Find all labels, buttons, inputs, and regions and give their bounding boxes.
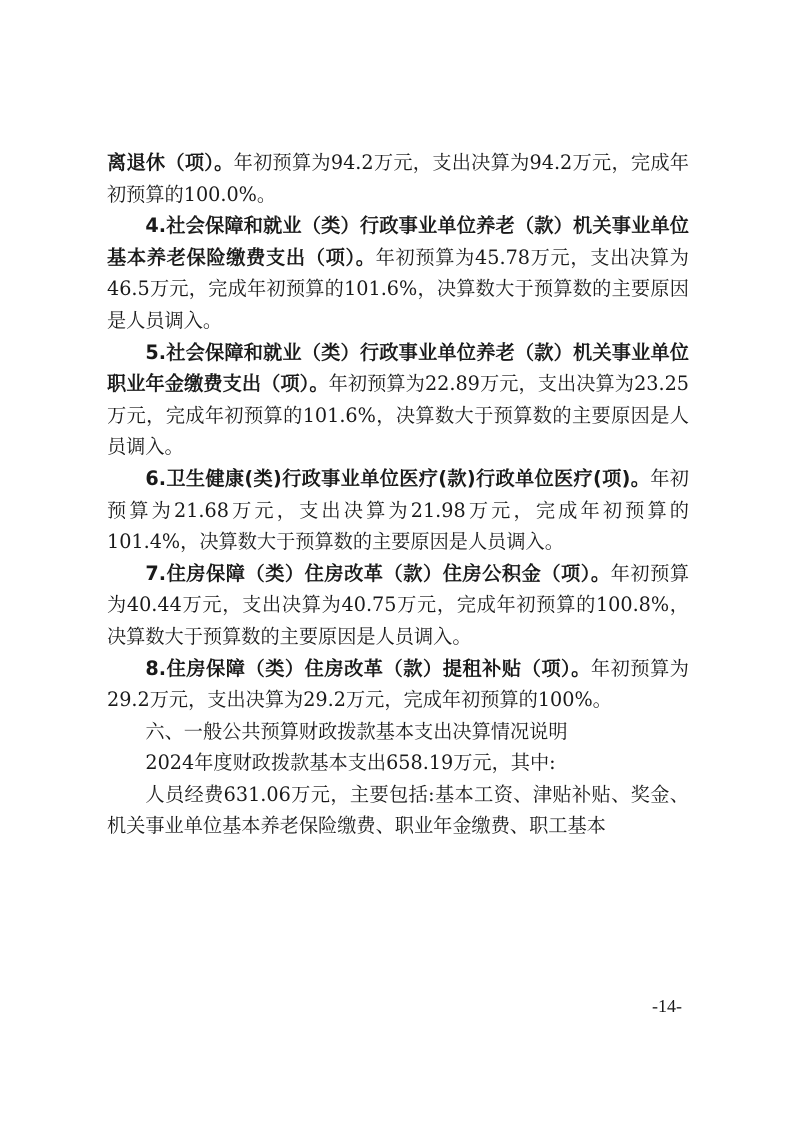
personnel-expense-paragraph: 人员经费631.06万元，主要包括:基本工资、津贴补贴、奖金、机关事业单位基本养… xyxy=(107,779,689,842)
document-body: 离退休（项）。年初预算为94.2万元，支出决算为94.2万元，完成年初预算的10… xyxy=(107,147,689,842)
section-heading: 六、一般公共预算财政拨款基本支出决算情况说明 xyxy=(107,716,689,748)
page-number: -14- xyxy=(652,996,682,1017)
paragraph-item-6: 6.卫生健康(类)行政事业单位医疗(款)行政单位医疗(项)。年初预算为21.68… xyxy=(107,463,689,558)
paragraph-item-8: 8.住房保障（类）住房改革（款）提租补贴（项）。年初预算为29.2万元，支出决算… xyxy=(107,653,689,716)
item-title: 7.住房保障（类）住房改革（款）住房公积金（项）。 xyxy=(145,562,610,585)
paragraph-item-7: 7.住房保障（类）住房改革（款）住房公积金（项）。年初预算为40.44万元，支出… xyxy=(107,558,689,653)
item-title: 8.住房保障（类）住房改革（款）提租补贴（项）。 xyxy=(145,657,591,680)
item-title: 离退休（项）。 xyxy=(107,151,234,174)
item-title: 6.卫生健康(类)行政事业单位医疗(款)行政单位医疗(项)。 xyxy=(145,467,650,490)
paragraph-item-5: 5.社会保障和就业（类）行政事业单位养老（款）机关事业单位职业年金缴费支出（项）… xyxy=(107,337,689,463)
summary-paragraph: 2024年度财政拨款基本支出658.19万元，其中: xyxy=(107,747,689,779)
paragraph-retirement-continued: 离退休（项）。年初预算为94.2万元，支出决算为94.2万元，完成年初预算的10… xyxy=(107,147,689,210)
paragraph-item-4: 4.社会保障和就业（类）行政事业单位养老（款）机关事业单位基本养老保险缴费支出（… xyxy=(107,210,689,336)
